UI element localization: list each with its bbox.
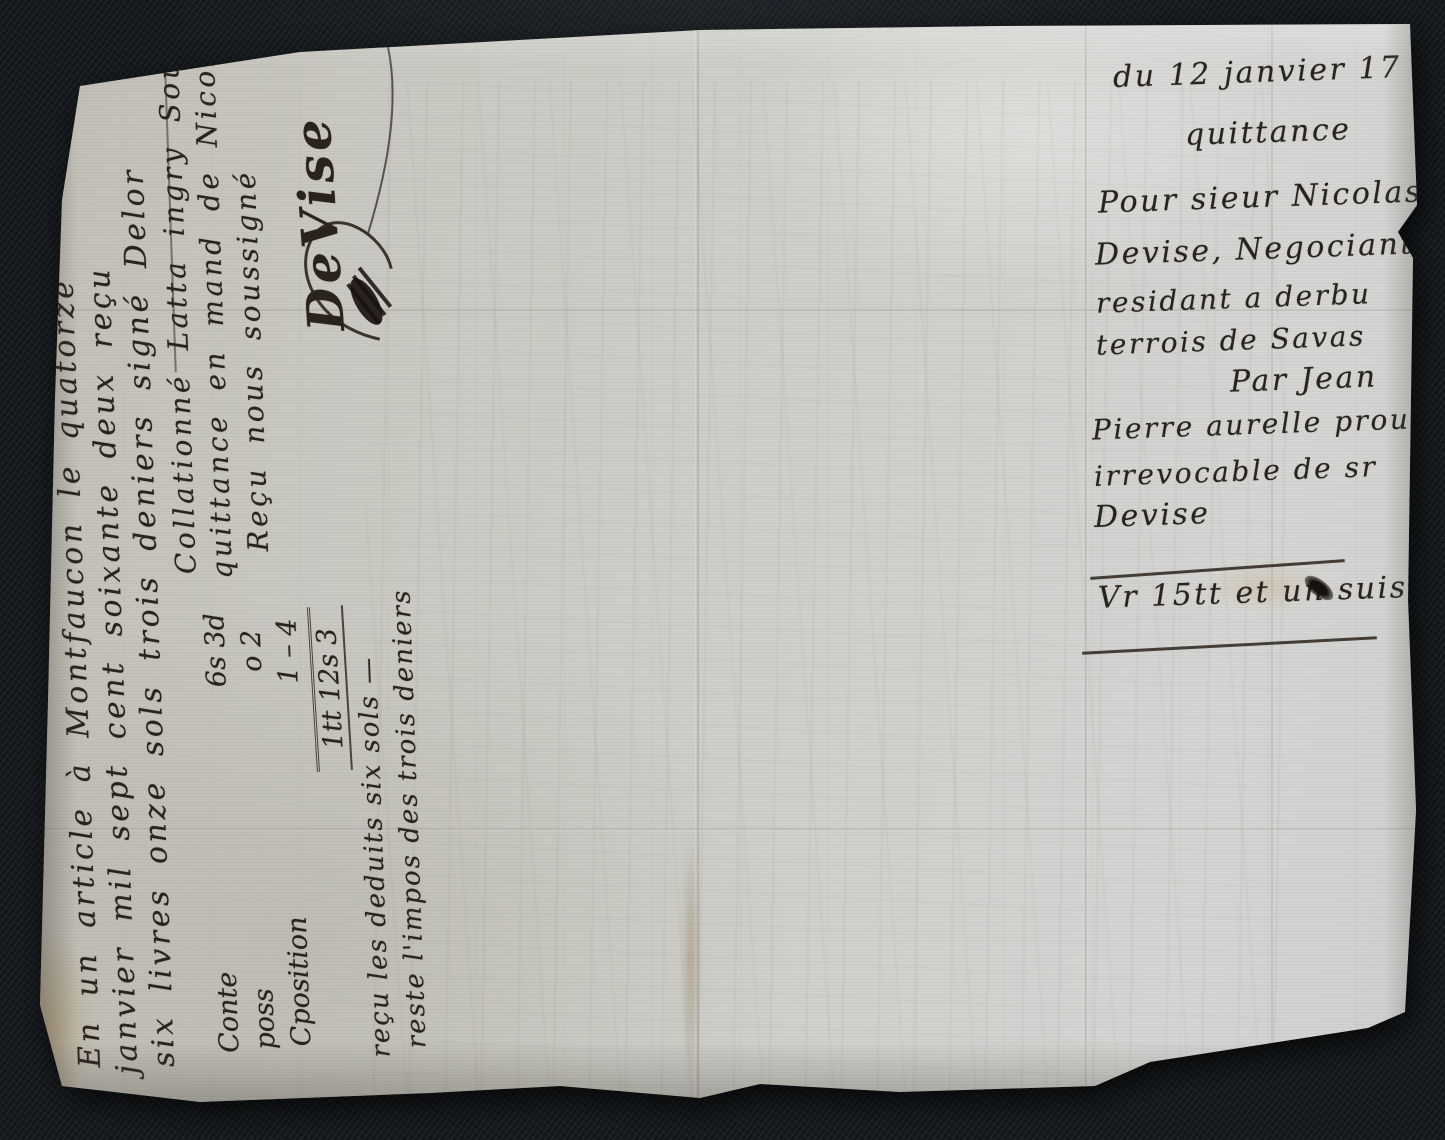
- handwritten-line: quittance: [1184, 112, 1352, 153]
- handwritten-line: Par Jean: [1229, 359, 1378, 399]
- underline-stroke: [1082, 636, 1377, 654]
- vertical-fold-crease: [1085, 24, 1088, 1102]
- handwritten-line: du 12 janvier 17: [1112, 50, 1402, 95]
- accounting-label: Conte: [212, 971, 246, 1053]
- accounting-label: poss: [248, 988, 281, 1050]
- handwritten-line: Devise, Negociant: [1094, 226, 1415, 272]
- handwritten-line: irrevocable de sr: [1094, 450, 1378, 493]
- accounting-block: Conte 6s 3d poss o 2 Cposition 1 – 4 1tt…: [199, 601, 215, 1066]
- accounting-value: o 2: [236, 629, 268, 672]
- signature-block: DeVise: [265, 32, 426, 357]
- handwritten-line: Devise: [1093, 496, 1211, 535]
- manuscript-paper: En un article à Montfaucon le quatorze j…: [36, 22, 1418, 1106]
- accounting-total: 1tt 12s 3: [307, 605, 353, 772]
- paper-shadow-wrapper: En un article à Montfaucon le quatorze j…: [0, 0, 1445, 1140]
- photo-stage: En un article à Montfaucon le quatorze j…: [0, 0, 1445, 1140]
- handwritten-line: Pierre aurelle prou: [1092, 402, 1411, 446]
- accounting-value: 1 – 4: [271, 618, 304, 684]
- handwritten-line: residant a derbu: [1096, 277, 1372, 320]
- accounting-label: Cposition: [282, 916, 318, 1047]
- main-text-block: En un article à Montfaucon le quatorze j…: [37, 24, 453, 1077]
- fold-stain: [682, 822, 700, 1098]
- handwritten-line: terrois de Savas: [1096, 319, 1367, 361]
- vertical-fold-crease: [695, 28, 699, 1102]
- accounting-value: 6s 3d: [199, 613, 233, 688]
- docket-note-block: du 12 janvier 17 quittance Pour sieur Ni…: [1090, 40, 1440, 720]
- handwritten-line: Pour sieur Nicolas: [1097, 174, 1423, 220]
- handwritten-line: Vr 15tt et un suise: [1097, 569, 1428, 615]
